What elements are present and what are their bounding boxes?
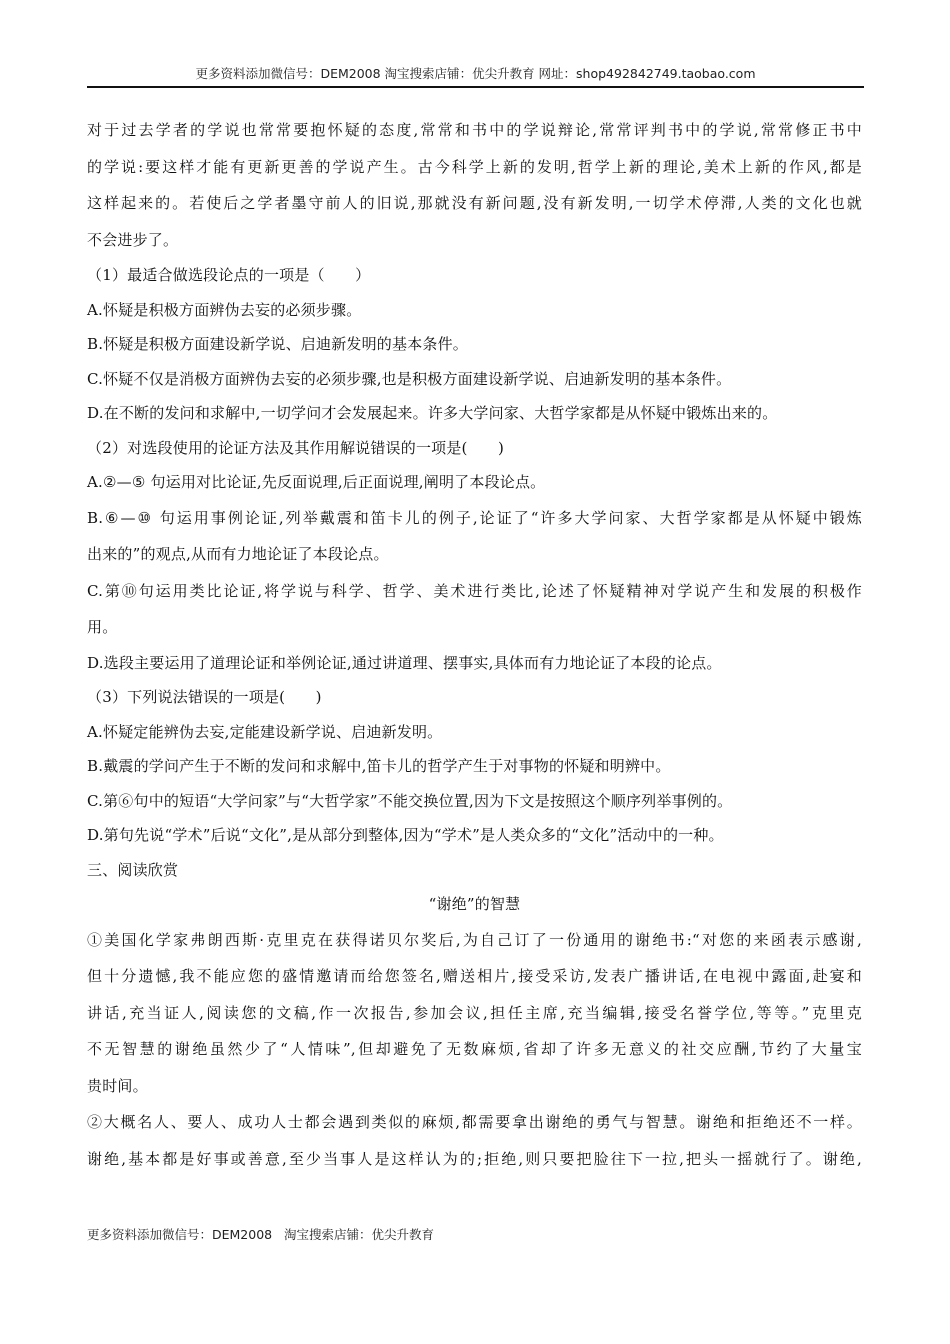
article-title: “谢绝”的智慧	[87, 887, 862, 922]
question-stem: （2）对选段使用的论证方法及其作用解说错误的一项是( )	[87, 431, 862, 466]
passage-line: 不会进步了。	[87, 222, 862, 259]
article-line: 但十分遗憾,我不能应您的盛情邀请而给您签名,赠送相片,接受采访,发表广播讲话,在…	[87, 958, 862, 995]
article-line: 谢绝,基本都是好事或善意,至少当事人是这样认为的;拒绝,则只要把脸往下一拉,把头…	[87, 1141, 862, 1178]
article-line: ②大概名人、要人、成功人士都会遇到类似的麻烦,都需要拿出谢绝的勇气与智慧。谢绝和…	[87, 1104, 862, 1141]
document-body: 对于过去学者的学说也常常要抱怀疑的态度,常常和书中的学说辩论,常常评判书中的学说…	[87, 112, 862, 1177]
passage-line: 这样起来的。若使后之学者墨守前人的旧说,那就没有新问题,没有新发明,一切学术停滞…	[87, 185, 862, 222]
article-line: 讲话,充当证人,阅读您的文稿,作一次报告,参加会议,担任主席,充当编辑,接受名誉…	[87, 995, 862, 1032]
passage-line: 对于过去学者的学说也常常要抱怀疑的态度,常常和书中的学说辩论,常常评判书中的学说…	[87, 112, 862, 149]
option-c: C.第⑩句运用类比论证,将学说与科学、哲学、美术进行类比,论述了怀疑精神对学说产…	[87, 573, 862, 610]
option-b-continued: 出来的”的观点,从而有力地论证了本段论点。	[87, 536, 862, 573]
question-2: （2）对选段使用的论证方法及其作用解说错误的一项是( ) A.②—⑤ 句运用对比…	[87, 431, 862, 681]
article-line: ①美国化学家弗朗西斯·克里克在获得诺贝尔奖后,为自己订了一份通用的谢绝书:“对您…	[87, 922, 862, 959]
question-stem: （3）下列说法错误的一项是( )	[87, 680, 862, 715]
option-c: C.第⑥句中的短语“大学问家”与“大哲学家”不能交换位置,因为下文是按照这个顺序…	[87, 784, 862, 819]
section-reading: 三、阅读欣赏 “谢绝”的智慧 ①美国化学家弗朗西斯·克里克在获得诺贝尔奖后,为自…	[87, 853, 862, 1178]
option-a: A.②—⑤ 句运用对比论证,先反面说理,后正面说理,阐明了本段论点。	[87, 465, 862, 500]
option-a: A.怀疑定能辨伪去妄,定能建设新学说、启迪新发明。	[87, 715, 862, 750]
option-b: B.怀疑是积极方面建设新学说、启迪新发明的基本条件。	[87, 327, 862, 362]
option-b: B.⑥—⑩ 句运用事例论证,列举戴震和笛卡儿的例子,论证了“许多大学问家、大哲学…	[87, 500, 862, 537]
passage-line: 的学说:要这样才能有更新更善的学说产生。古今科学上新的发明,哲学上新的理论,美术…	[87, 149, 862, 186]
page-header: 更多资料添加微信号：DEM2008 淘宝搜索店铺：优尖升教育 网址：shop49…	[87, 66, 864, 88]
option-d: D.在不断的发问和求解中,一切学问才会发展起来。许多大学问家、大哲学家都是从怀疑…	[87, 396, 862, 431]
option-c-continued: 用。	[87, 609, 862, 646]
article-line: 贵时间。	[87, 1068, 862, 1105]
header-rule	[87, 86, 864, 88]
page-footer: 更多资料添加微信号：DEM2008 淘宝搜索店铺：优尖升教育	[87, 1227, 434, 1243]
question-3: （3）下列说法错误的一项是( ) A.怀疑定能辨伪去妄,定能建设新学说、启迪新发…	[87, 680, 862, 853]
option-c: C.怀疑不仅是消极方面辨伪去妄的必须步骤,也是积极方面建设新学说、启迪新发明的基…	[87, 362, 862, 397]
option-a: A.怀疑是积极方面辨伪去妄的必须步骤。	[87, 293, 862, 328]
section-heading: 三、阅读欣赏	[87, 853, 862, 888]
question-1: （1）最适合做选段论点的一项是（ ） A.怀疑是积极方面辨伪去妄的必须步骤。 B…	[87, 258, 862, 431]
passage-continued: 对于过去学者的学说也常常要抱怀疑的态度,常常和书中的学说辩论,常常评判书中的学说…	[87, 112, 862, 258]
option-b: B.戴震的学问产生于不断的发问和求解中,笛卡儿的哲学产生于对事物的怀疑和明辨中。	[87, 749, 862, 784]
question-stem: （1）最适合做选段论点的一项是（ ）	[87, 258, 862, 293]
option-d: D.选段主要运用了道理论证和举例论证,通过讲道理、摆事实,具体而有力地论证了本段…	[87, 646, 862, 681]
article-line: 不无智慧的谢绝虽然少了“人情味”,但却避免了无数麻烦,省却了许多无意义的社交应酬…	[87, 1031, 862, 1068]
option-d: D.第句先说“学术”后说“文化”,是从部分到整体,因为“学术”是人类众多的“文化…	[87, 818, 862, 853]
